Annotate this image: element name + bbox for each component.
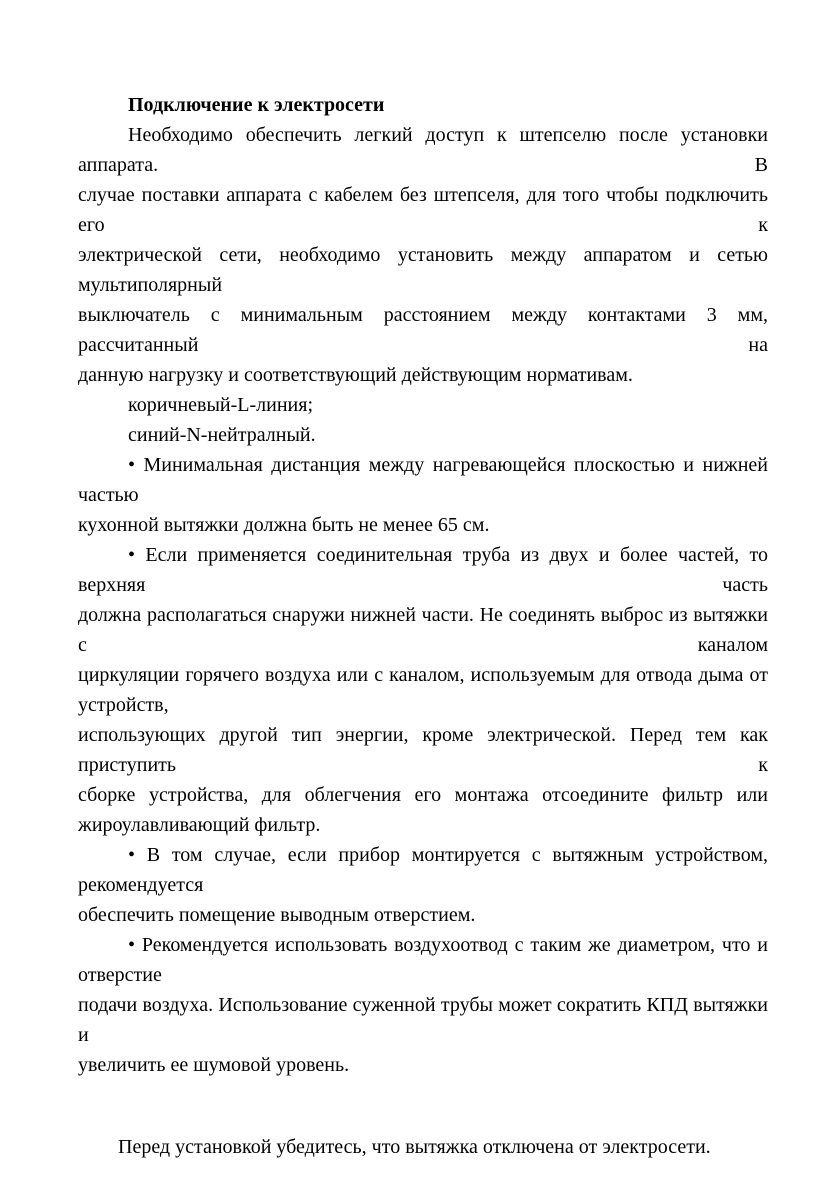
bullet-line: сборке устройства, для облегчения его мо… [78, 780, 768, 810]
bullet-line: кухонной вытяжки должна быть не менее 65… [78, 510, 768, 540]
bullet-line: • Рекомендуется использовать воздухоотво… [78, 930, 768, 990]
bullet-duct-assembly: • Если применяется соединительная труба … [78, 540, 768, 840]
bullet-line: жироулавливающий фильтр. [78, 810, 768, 840]
bullet-line: • Если применяется соединительная труба … [78, 540, 768, 600]
bullet-min-distance: • Минимальная дистанция между нагревающе… [78, 450, 768, 540]
bullet-line: циркуляции горячего воздуха или с канало… [78, 660, 768, 720]
paragraph-line: электрической сети, необходимо установит… [78, 240, 768, 300]
bullet-line: • В том случае, если прибор монтируется … [78, 840, 768, 900]
paragraph-line: случае поставки аппарата с кабелем без ш… [78, 180, 768, 240]
bullet-line: увеличить ее шумовой уровень. [78, 1050, 768, 1080]
bullet-line: • Минимальная дистанция между нагревающе… [78, 450, 768, 510]
document-page: Подключение к электросети Необходимо обе… [0, 0, 838, 1190]
bullet-line: подачи воздуха. Использование суженной т… [78, 990, 768, 1050]
paragraph-line: данную нагрузку и соответствующий действ… [78, 360, 768, 390]
bullet-line: использующих другой тип энергии, кроме э… [78, 720, 768, 780]
closing-note: Перед установкой убедитесь, что вытяжка … [78, 1132, 768, 1162]
bullet-line: должна располагаться снаружи нижней част… [78, 600, 768, 660]
paragraph-line: Необходимо обеспечить легкий доступ к шт… [78, 120, 768, 180]
wire-color-blue-line: синий-N-нейтралный. [78, 420, 768, 450]
paragraph-line: выключатель с минимальным расстоянием ме… [78, 300, 768, 360]
bullet-exhaust-outlet: • В том случае, если прибор монтируется … [78, 840, 768, 930]
section-heading: Подключение к электросети [78, 90, 768, 120]
paragraph-mains-connection: Необходимо обеспечить легкий доступ к шт… [78, 120, 768, 390]
bullet-duct-diameter: • Рекомендуется использовать воздухоотво… [78, 930, 768, 1080]
bullet-line: обеспечить помещение выводным отверстием… [78, 900, 768, 930]
wire-color-brown-line: коричневый-L-линия; [78, 390, 768, 420]
